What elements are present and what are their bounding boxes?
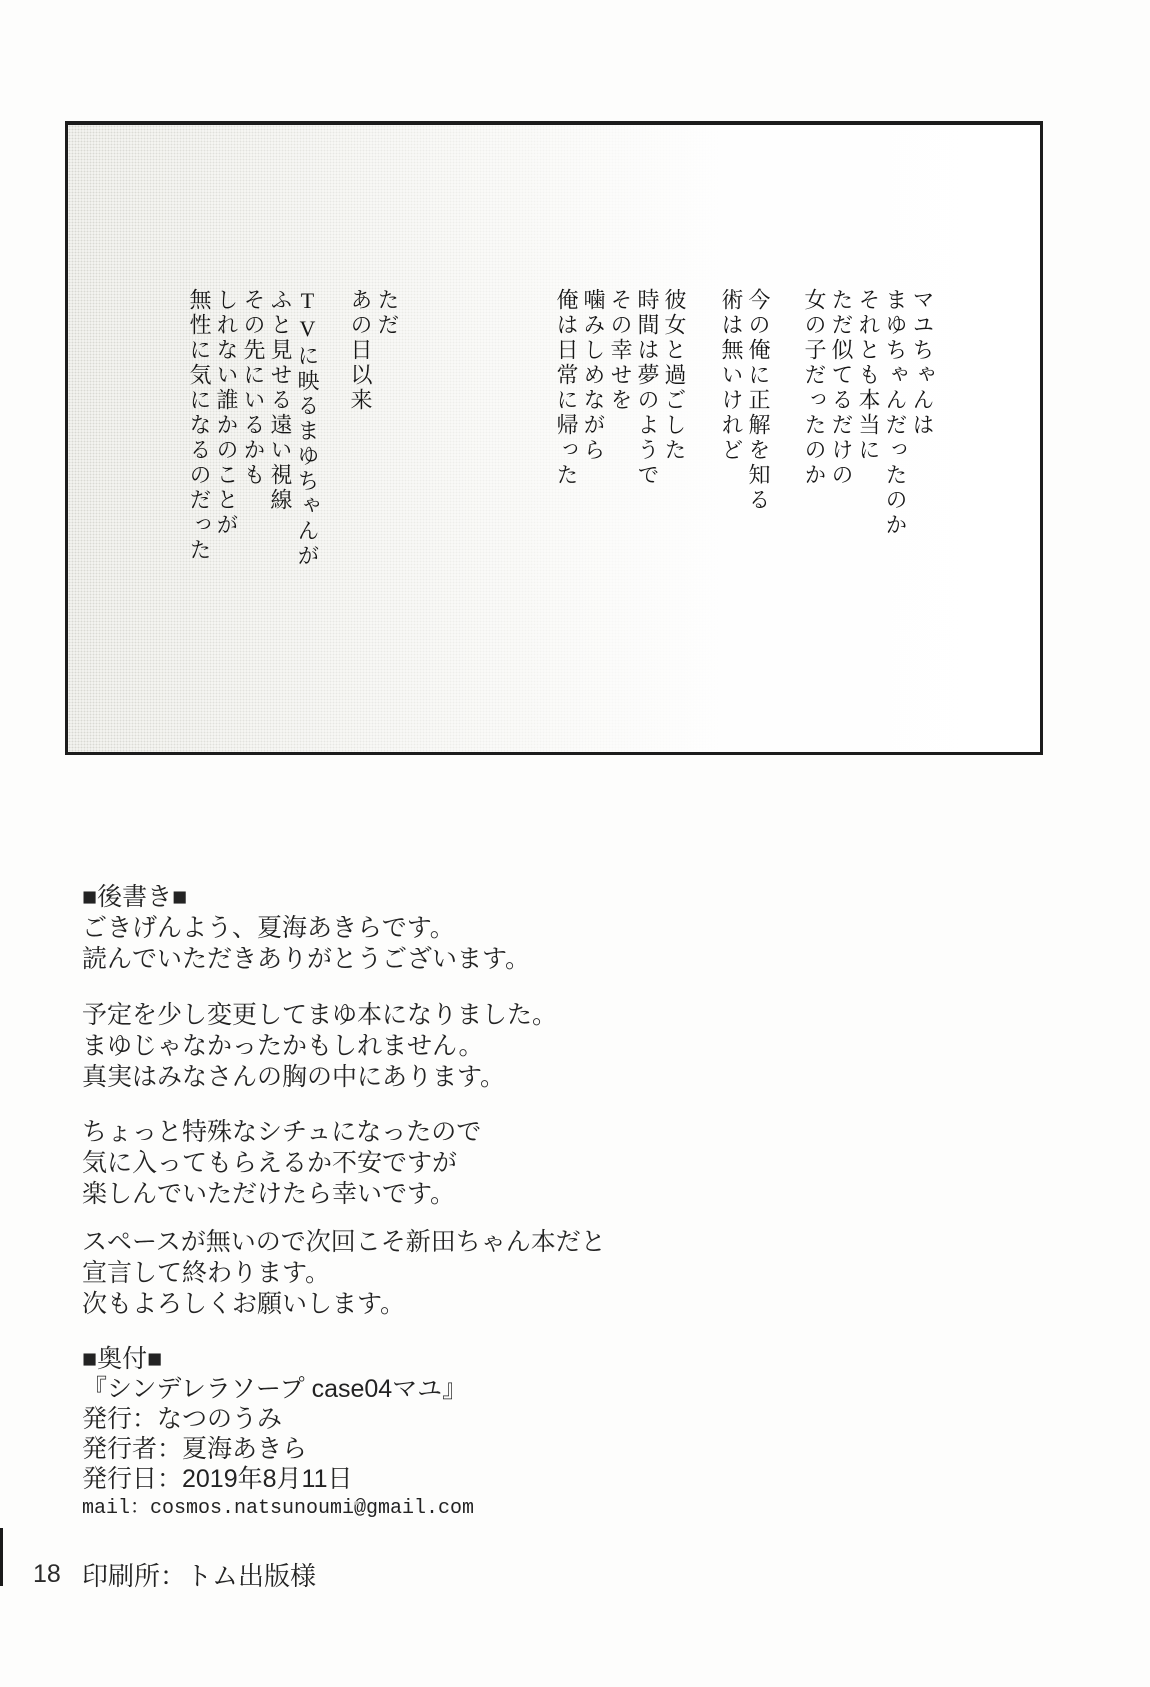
afterword-line: 次もよろしくお願いします。 — [82, 1289, 606, 1320]
poem-box: マユちゃんは まゆちゃんだったのか それとも本当に ただ似てるだけの 女の子だっ… — [65, 121, 1043, 755]
poem-stanza-1: マユちゃんは まゆちゃんだったのか それとも本当に ただ似てるだけの 女の子だっ… — [801, 288, 936, 750]
afterword-line: まゆじゃなかったかもしれません。 — [82, 1031, 557, 1062]
poem-line: 術は無いけれど — [718, 288, 745, 750]
colophon-publisher: 発行：なつのうみ — [82, 1404, 474, 1434]
page-number: 18 — [33, 1560, 61, 1589]
colophon-author: 発行者：夏海あきら — [82, 1434, 474, 1464]
afterword-line: 真実はみなさんの胸の中にあります。 — [82, 1062, 557, 1093]
poem-line: マユちゃんは — [909, 288, 936, 750]
poem-line: TVに映るまゆちゃんが — [294, 288, 321, 750]
poem-line: ふと見せる遠い視線 — [267, 288, 294, 750]
poem-line: まゆちゃんだったのか — [882, 288, 909, 750]
afterword-line: 宣言して終わります。 — [82, 1258, 606, 1289]
poem-line: 俺は日常に帰った — [553, 288, 580, 750]
afterword-line: 予定を少し変更してまゆ本になりました。 — [82, 1000, 557, 1031]
poem-line: それとも本当に — [855, 288, 882, 750]
scanned-doujin-afterword-page: マユちゃんは まゆちゃんだったのか それとも本当に ただ似てるだけの 女の子だっ… — [0, 0, 1150, 1687]
colophon-heading: ■奥付■ — [82, 1344, 474, 1374]
poem-line: ただ — [374, 288, 401, 750]
afterword-line: ちょっと特殊なシチュになったので — [82, 1117, 481, 1148]
poem-line: その先にいるかも — [240, 288, 267, 750]
afterword-line: スペースが無いので次回こそ新田ちゃん本だと — [82, 1227, 606, 1258]
poem-line: 彼女と過ごした — [661, 288, 688, 750]
poem-line: ただ似てるだけの — [828, 288, 855, 750]
poem-line: 無性に気になるのだった — [186, 288, 213, 750]
afterword-line: 気に入ってもらえるか不安ですが — [82, 1148, 481, 1179]
colophon: ■奥付■ 『シンデレラソープ case04マユ』 発行：なつのうみ 発行者：夏海… — [82, 1344, 474, 1524]
colophon-mail: mail：cosmos.natsunoumi@gmail.com — [82, 1494, 474, 1524]
scan-speck — [354, 1501, 359, 1505]
scan-edge-mark — [0, 1528, 3, 1586]
poem-stanza-5: TVに映るまゆちゃんが ふと見せる遠い視線 その先にいるかも しれない誰かのこと… — [186, 288, 321, 750]
afterword-paragraph-1: ■後書き■ ごきげんよう、夏海あきらです。 読んでいただきありがとうございます。 — [82, 882, 530, 975]
afterword-paragraph-3: ちょっと特殊なシチュになったので 気に入ってもらえるか不安ですが 楽しんでいただ… — [82, 1117, 481, 1210]
poem-stanza-4: ただ あの日以来 — [347, 288, 401, 750]
afterword-heading: ■後書き■ — [82, 882, 530, 913]
afterword-paragraph-4: スペースが無いので次回こそ新田ちゃん本だと 宣言して終わります。 次もよろしくお… — [82, 1227, 606, 1320]
poem-line: しれない誰かのことが — [213, 288, 240, 750]
poem-line: 時間は夢のようで — [634, 288, 661, 750]
afterword-line: ごきげんよう、夏海あきらです。 — [82, 913, 530, 944]
afterword-paragraph-2: 予定を少し変更してまゆ本になりました。 まゆじゃなかったかもしれません。 真実は… — [82, 1000, 557, 1093]
afterword-line: 読んでいただきありがとうございます。 — [82, 944, 530, 975]
poem-line: 今の俺に正解を知る — [745, 288, 772, 750]
colophon-date: 発行日：2019年8月11日 — [82, 1464, 474, 1494]
colophon-title: 『シンデレラソープ case04マユ』 — [82, 1374, 474, 1404]
poem-line: あの日以来 — [347, 288, 374, 750]
poem-stanza-2: 今の俺に正解を知る 術は無いけれど — [718, 288, 772, 750]
afterword-line: 楽しんでいただけたら幸いです。 — [82, 1179, 481, 1210]
poem-line: 女の子だったのか — [801, 288, 828, 750]
poem-line: 噛みしめながら — [580, 288, 607, 750]
colophon-printer: 印刷所：トム出版様 — [82, 1556, 316, 1593]
poem-stanza-3: 彼女と過ごした 時間は夢のようで その幸せを 噛みしめながら 俺は日常に帰った — [553, 288, 688, 750]
poem-line: その幸せを — [607, 288, 634, 750]
